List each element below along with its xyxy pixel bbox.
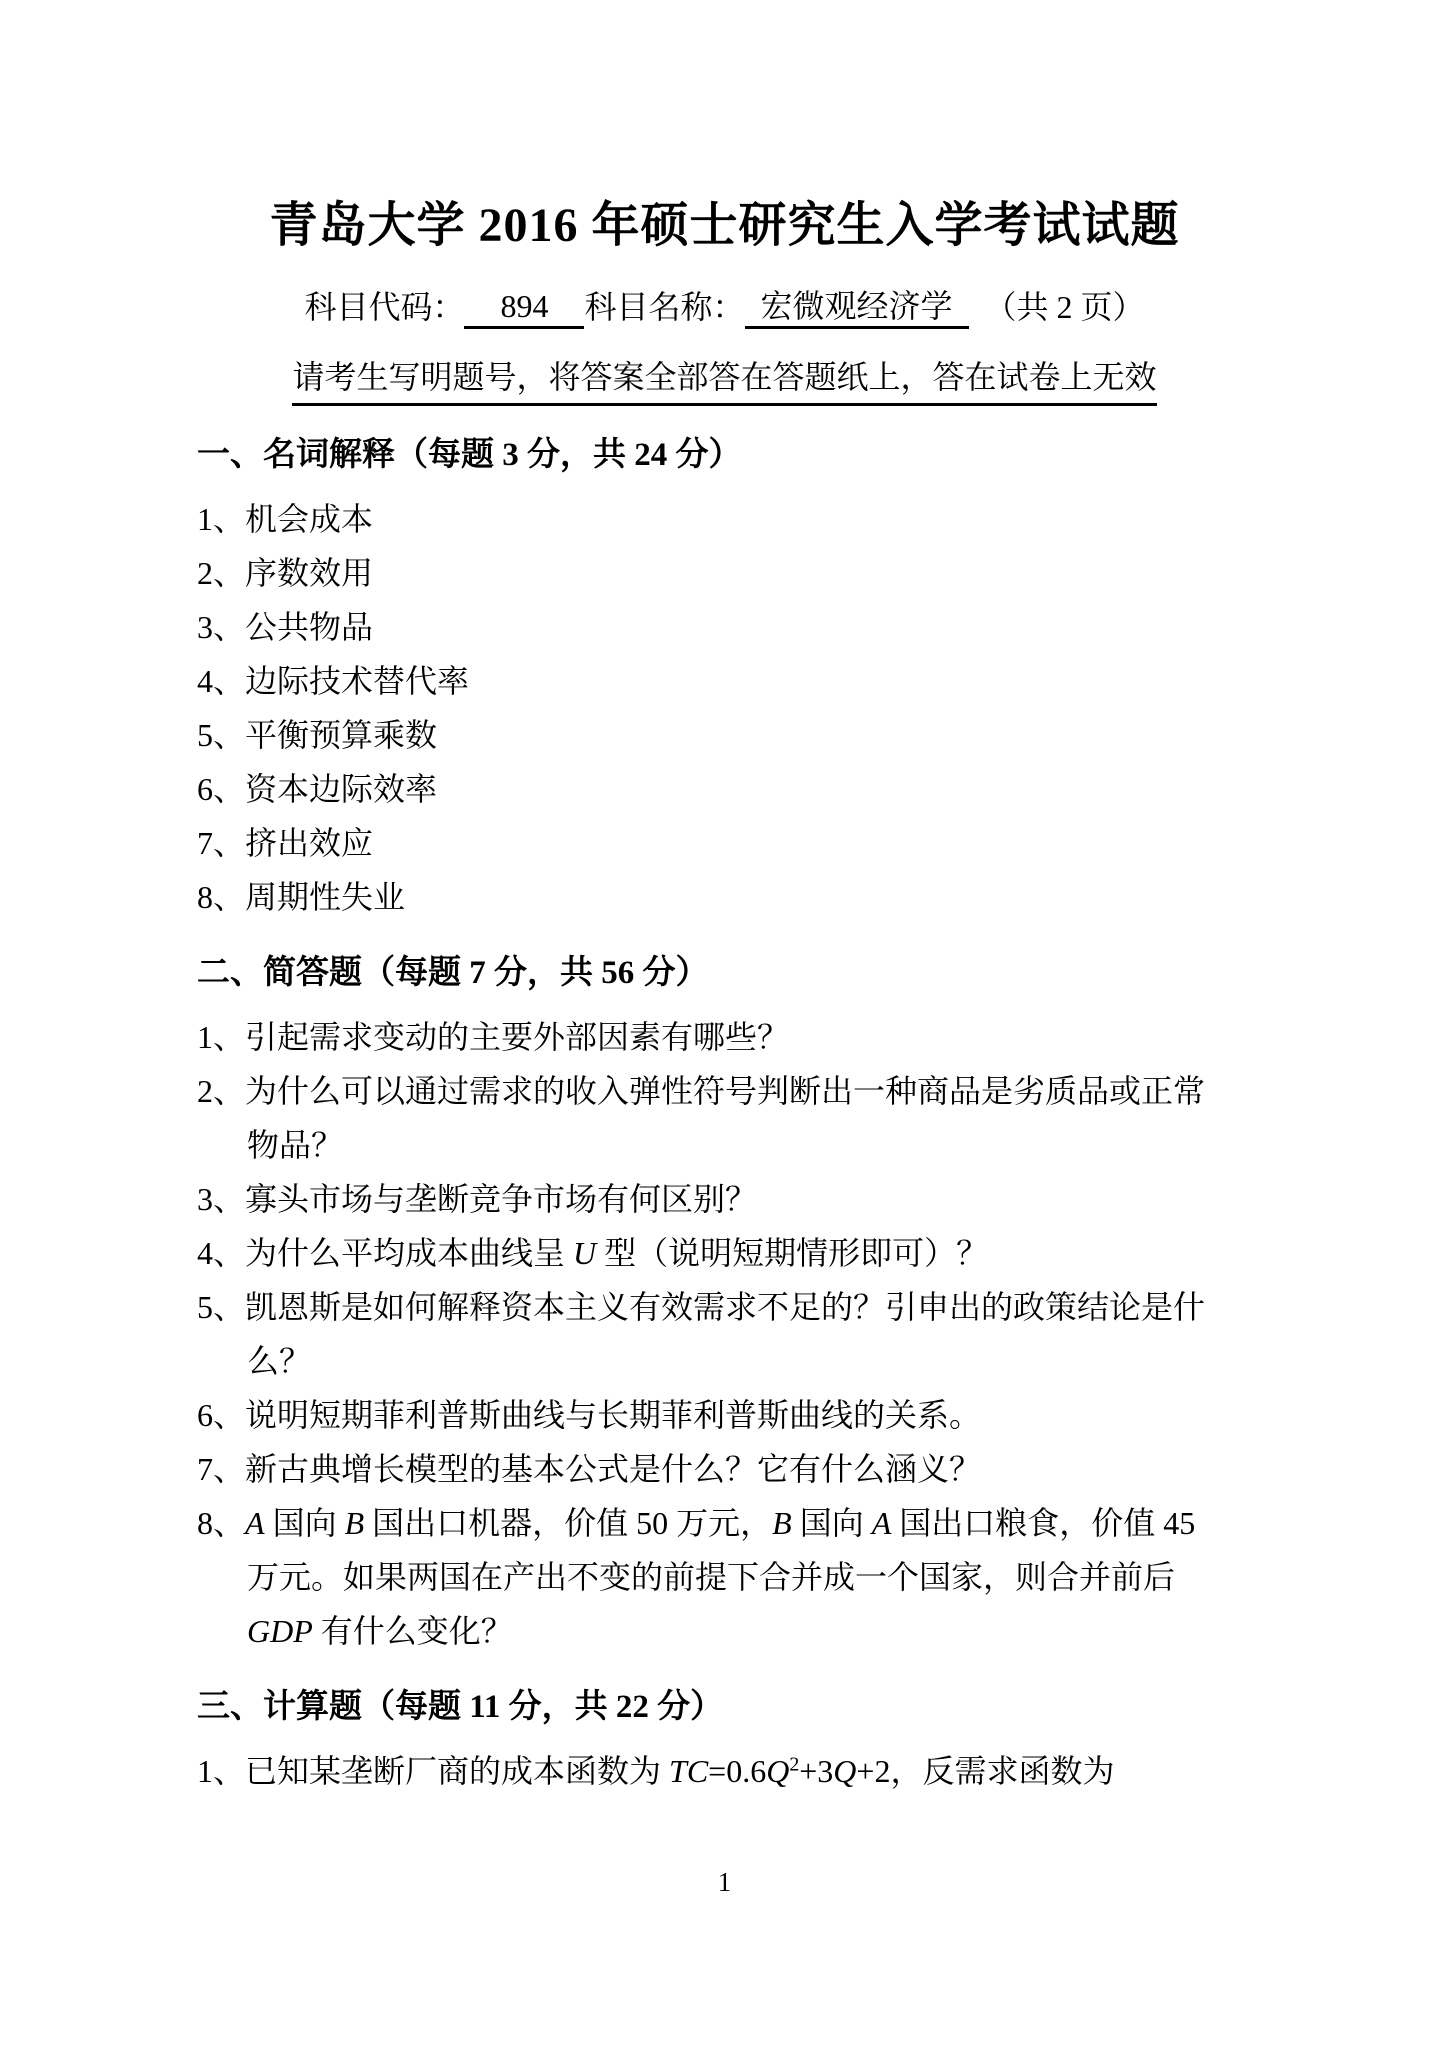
question-number: 3、 <box>197 1181 245 1217</box>
question-text: 国出口粮食，价值 45 <box>891 1505 1195 1541</box>
question-number: 4、 <box>197 1235 245 1271</box>
question-line: 么？ <box>197 1334 1449 1388</box>
subject-code-label: 科目代码： <box>304 289 464 325</box>
question-line: 4、为什么平均成本曲线呈 U 型（说明短期情形即可）？ <box>197 1226 1449 1280</box>
question-text: 公共物品 <box>245 609 373 645</box>
question-item: 8、A 国向 B 国出口机器，价值 50 万元，B 国向 A 国出口粮食，价值 … <box>0 1496 1449 1658</box>
question-number: 5、 <box>197 717 245 753</box>
exam-paper-page: 青岛大学 2016 年硕士研究生入学考试试题 科目代码：894科目名称：宏微观经… <box>0 0 1449 2048</box>
question-text: 已知某垄断厂商的成本函数为 <box>245 1753 669 1789</box>
question-text: 凯恩斯是如何解释资本主义有效需求不足的？引申出的政策结论是什 <box>245 1289 1205 1325</box>
page-number: 1 <box>0 1866 1449 1898</box>
math-variable: B <box>345 1505 365 1541</box>
question-number: 8、 <box>197 879 245 915</box>
question-text: 说明短期菲利普斯曲线与长期菲利普斯曲线的关系。 <box>245 1397 981 1433</box>
question-line: 8、周期性失业 <box>197 870 1449 924</box>
question-item: 3、寡头市场与垄断竞争市场有何区别？ <box>0 1172 1449 1226</box>
notice-row: 请考生写明题号，将答案全部答在答题纸上，答在试卷上无效 <box>0 355 1449 406</box>
math-variable: B <box>772 1505 792 1541</box>
question-item: 2、序数效用 <box>0 546 1449 600</box>
question-item: 4、为什么平均成本曲线呈 U 型（说明短期情形即可）？ <box>0 1226 1449 1280</box>
question-text: 边际技术替代率 <box>245 663 469 699</box>
question-line: 8、A 国向 B 国出口机器，价值 50 万元，B 国向 A 国出口粮食，价值 … <box>197 1496 1449 1550</box>
question-number: 2、 <box>197 555 245 591</box>
question-text: 为什么可以通过需求的收入弹性符号判断出一种商品是劣质品或正常 <box>245 1073 1205 1109</box>
question-text: 引起需求变动的主要外部因素有哪些？ <box>245 1019 789 1055</box>
question-line: 7、挤出效应 <box>197 816 1449 870</box>
question-item: 3、公共物品 <box>0 600 1449 654</box>
page-title: 青岛大学 2016 年硕士研究生入学考试试题 <box>0 0 1449 255</box>
subject-name-label: 科目名称： <box>584 289 744 325</box>
question-item: 4、边际技术替代率 <box>0 654 1449 708</box>
question-number: 6、 <box>197 1397 245 1433</box>
section-heading: 三、计算题（每题 11 分，共 22 分） <box>197 1682 1449 1732</box>
math-variable: GDP <box>247 1613 313 1649</box>
question-item: 6、说明短期菲利普斯曲线与长期菲利普斯曲线的关系。 <box>0 1388 1449 1442</box>
math-variable: U <box>573 1235 596 1271</box>
question-text: 周期性失业 <box>245 879 405 915</box>
question-number: 4、 <box>197 663 245 699</box>
question-text: 资本边际效率 <box>245 771 437 807</box>
question-number: 5、 <box>197 1289 245 1325</box>
question-text: 万元。如果两国在产出不变的前提下合并成一个国家，则合并前后 <box>247 1559 1175 1595</box>
question-text: 国向 <box>265 1505 345 1541</box>
question-item: 1、已知某垄断厂商的成本函数为 TC=0.6Q2+3Q+2，反需求函数为 <box>0 1744 1449 1798</box>
math-variable: A <box>245 1505 265 1541</box>
exam-section: 三、计算题（每题 11 分，共 22 分） 1、已知某垄断厂商的成本函数为 TC… <box>0 1682 1449 1798</box>
question-item: 2、为什么可以通过需求的收入弹性符号判断出一种商品是劣质品或正常物品？ <box>0 1064 1449 1172</box>
question-number: 6、 <box>197 771 245 807</box>
question-text: 平衡预算乘数 <box>245 717 437 753</box>
exam-section: 一、名词解释（每题 3 分，共 24 分） 1、机会成本2、序数效用3、公共物品… <box>0 430 1449 924</box>
question-text: 2 <box>789 1753 799 1775</box>
question-number: 7、 <box>197 825 245 861</box>
question-line: 7、新古典增长模型的基本公式是什么？它有什么涵义？ <box>197 1442 1449 1496</box>
question-number: 2、 <box>197 1073 245 1109</box>
question-item: 6、资本边际效率 <box>0 762 1449 816</box>
question-text: 物品？ <box>247 1127 343 1163</box>
sections-container: 一、名词解释（每题 3 分，共 24 分） 1、机会成本2、序数效用3、公共物品… <box>0 430 1449 1798</box>
question-line: 1、引起需求变动的主要外部因素有哪些？ <box>197 1010 1449 1064</box>
question-text: 么？ <box>247 1343 311 1379</box>
math-variable: TC <box>669 1753 708 1789</box>
question-item: 1、引起需求变动的主要外部因素有哪些？ <box>0 1010 1449 1064</box>
question-line: 1、已知某垄断厂商的成本函数为 TC=0.6Q2+3Q+2，反需求函数为 <box>197 1744 1449 1798</box>
question-number: 3、 <box>197 609 245 645</box>
question-item: 8、周期性失业 <box>0 870 1449 924</box>
question-line: 物品？ <box>197 1118 1449 1172</box>
question-number: 7、 <box>197 1451 245 1487</box>
question-text: 型（说明短期情形即可）？ <box>596 1235 988 1271</box>
subject-name-value: 宏微观经济学 <box>745 286 969 329</box>
question-text: =0.6 <box>708 1753 766 1789</box>
question-text: 为什么平均成本曲线呈 <box>245 1235 573 1271</box>
question-line: 3、寡头市场与垄断竞争市场有何区别？ <box>197 1172 1449 1226</box>
question-text: +2，反需求函数为 <box>856 1753 1114 1789</box>
question-text: +3 <box>799 1753 833 1789</box>
section-heading: 二、简答题（每题 7 分，共 56 分） <box>197 948 1449 998</box>
question-text: 挤出效应 <box>245 825 373 861</box>
question-item: 5、凯恩斯是如何解释资本主义有效需求不足的？引申出的政策结论是什么？ <box>0 1280 1449 1388</box>
question-line: 5、凯恩斯是如何解释资本主义有效需求不足的？引申出的政策结论是什 <box>197 1280 1449 1334</box>
exam-notice: 请考生写明题号，将答案全部答在答题纸上，答在试卷上无效 <box>292 355 1156 406</box>
question-text: 有什么变化？ <box>313 1613 513 1649</box>
question-line: GDP 有什么变化？ <box>197 1604 1449 1658</box>
subject-code-value: 894 <box>464 286 584 329</box>
question-text: 国出口机器，价值 50 万元， <box>364 1505 772 1541</box>
question-text: 国向 <box>792 1505 872 1541</box>
math-variable: A <box>872 1505 892 1541</box>
math-variable: Q <box>766 1753 789 1789</box>
question-list: 1、引起需求变动的主要外部因素有哪些？2、为什么可以通过需求的收入弹性符号判断出… <box>0 1010 1449 1658</box>
question-line: 5、平衡预算乘数 <box>197 708 1449 762</box>
question-item: 5、平衡预算乘数 <box>0 708 1449 762</box>
question-list: 1、已知某垄断厂商的成本函数为 TC=0.6Q2+3Q+2，反需求函数为 <box>0 1744 1449 1798</box>
question-number: 1、 <box>197 1753 245 1789</box>
question-list: 1、机会成本2、序数效用3、公共物品4、边际技术替代率5、平衡预算乘数6、资本边… <box>0 492 1449 924</box>
subject-meta-line: 科目代码：894科目名称：宏微观经济学（共 2 页） <box>0 285 1449 329</box>
question-number: 1、 <box>197 1019 245 1055</box>
question-line: 1、机会成本 <box>197 492 1449 546</box>
question-number: 8、 <box>197 1505 245 1541</box>
question-item: 7、挤出效应 <box>0 816 1449 870</box>
question-number: 1、 <box>197 501 245 537</box>
question-text: 序数效用 <box>245 555 373 591</box>
section-heading: 一、名词解释（每题 3 分，共 24 分） <box>197 430 1449 480</box>
pages-note: （共 2 页） <box>985 289 1145 325</box>
question-item: 1、机会成本 <box>0 492 1449 546</box>
question-line: 6、说明短期菲利普斯曲线与长期菲利普斯曲线的关系。 <box>197 1388 1449 1442</box>
exam-section: 二、简答题（每题 7 分，共 56 分） 1、引起需求变动的主要外部因素有哪些？… <box>0 948 1449 1658</box>
question-text: 机会成本 <box>245 501 373 537</box>
question-item: 7、新古典增长模型的基本公式是什么？它有什么涵义？ <box>0 1442 1449 1496</box>
question-line: 6、资本边际效率 <box>197 762 1449 816</box>
question-line: 万元。如果两国在产出不变的前提下合并成一个国家，则合并前后 <box>197 1550 1449 1604</box>
question-line: 4、边际技术替代率 <box>197 654 1449 708</box>
question-line: 3、公共物品 <box>197 600 1449 654</box>
question-line: 2、为什么可以通过需求的收入弹性符号判断出一种商品是劣质品或正常 <box>197 1064 1449 1118</box>
question-text: 新古典增长模型的基本公式是什么？它有什么涵义？ <box>245 1451 981 1487</box>
question-text: 寡头市场与垄断竞争市场有何区别？ <box>245 1181 757 1217</box>
math-variable: Q <box>833 1753 856 1789</box>
question-line: 2、序数效用 <box>197 546 1449 600</box>
